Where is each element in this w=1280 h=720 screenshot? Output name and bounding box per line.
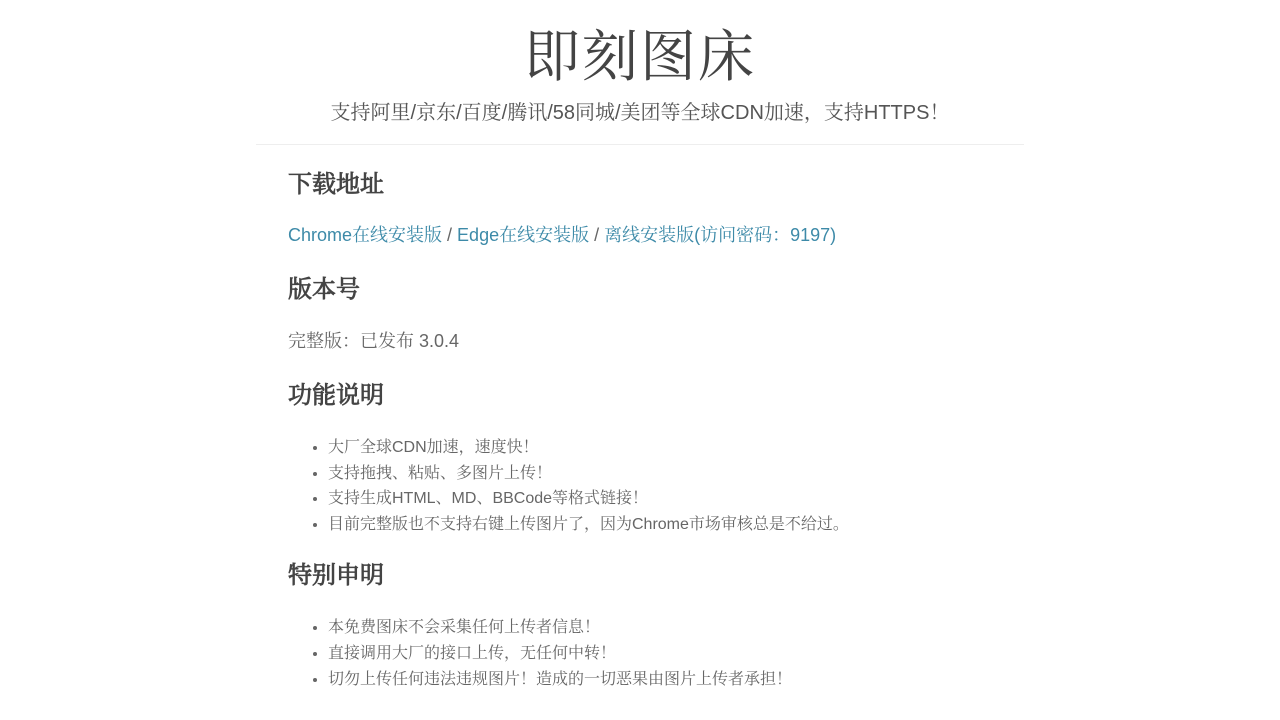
features-heading: 功能说明 <box>288 381 992 411</box>
chrome-online-install-link[interactable]: Chrome在线安装版 <box>288 225 442 245</box>
notice-heading: 特别申明 <box>288 561 992 591</box>
download-section: 下载地址 Chrome在线安装版 / Edge在线安装版 / 离线安装版(访问密… <box>288 145 992 247</box>
list-item: 本免费图床不会采集任何上传者信息！ <box>328 615 992 641</box>
notice-list: 本免费图床不会采集任何上传者信息！ 直接调用大厂的接口上传，无任何中转！ 切勿上… <box>288 615 992 692</box>
list-item: 切勿上传任何违法违规图片！造成的一切恶果由图片上传者承担！ <box>328 667 992 693</box>
version-heading: 版本号 <box>288 275 992 305</box>
list-item: 大厂全球CDN加速，速度快！ <box>328 435 992 461</box>
download-links: Chrome在线安装版 / Edge在线安装版 / 离线安装版(访问密码：919… <box>288 223 992 247</box>
features-list: 大厂全球CDN加速，速度快！ 支持拖拽、粘贴、多图片上传！ 支持生成HTML、M… <box>288 435 992 537</box>
version-text: 完整版：已发布 3.0.4 <box>288 329 992 353</box>
notice-section: 特别申明 本免费图床不会采集任何上传者信息！ 直接调用大厂的接口上传，无任何中转… <box>288 561 992 692</box>
list-item: 目前完整版也不支持右键上传图片了，因为Chrome市场审核总是不给过。 <box>328 512 992 538</box>
main-content: 下载地址 Chrome在线安装版 / Edge在线安装版 / 离线安装版(访问密… <box>256 145 1024 692</box>
link-separator: / <box>442 225 457 245</box>
list-item: 直接调用大厂的接口上传，无任何中转！ <box>328 641 992 667</box>
page-header: 即刻图床 支持阿里/京东/百度/腾讯/58同城/美团等全球CDN加速，支持HTT… <box>256 0 1024 145</box>
site-title: 即刻图床 <box>256 0 1024 90</box>
offline-install-link[interactable]: 离线安装版(访问密码：9197) <box>604 225 836 245</box>
site-subtitle: 支持阿里/京东/百度/腾讯/58同城/美团等全球CDN加速，支持HTTPS！ <box>256 98 1024 128</box>
features-section: 功能说明 大厂全球CDN加速，速度快！ 支持拖拽、粘贴、多图片上传！ 支持生成H… <box>288 381 992 537</box>
edge-online-install-link[interactable]: Edge在线安装版 <box>457 225 589 245</box>
download-heading: 下载地址 <box>288 145 992 200</box>
link-separator: / <box>589 225 604 245</box>
list-item: 支持生成HTML、MD、BBCode等格式链接！ <box>328 486 992 512</box>
version-section: 版本号 完整版：已发布 3.0.4 <box>288 275 992 353</box>
list-item: 支持拖拽、粘贴、多图片上传！ <box>328 461 992 487</box>
